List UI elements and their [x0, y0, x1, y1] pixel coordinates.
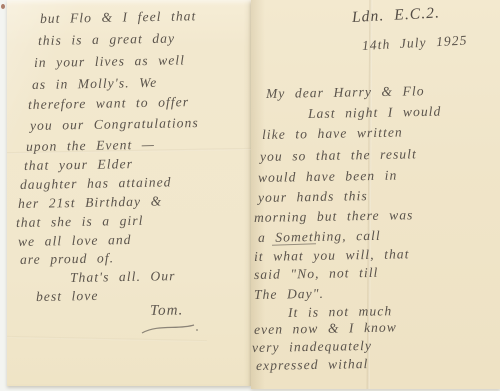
letter-line: said "No, not till — [254, 265, 379, 283]
letter-line: expressed withal — [256, 356, 369, 374]
letter-line: you so that the result — [260, 146, 417, 165]
letter-line: that she is a girl — [16, 213, 144, 231]
letter-scan: but Flo & I feel that this is a great da… — [0, 0, 500, 391]
letter-line: we all love and — [18, 232, 132, 250]
letter-line: are proud of. — [20, 250, 114, 268]
letter-line: upon the Event — — [26, 137, 155, 155]
letter-line: this is a great day — [38, 31, 175, 49]
letter-line: Last night I would — [308, 104, 442, 122]
letter-line: best love — [36, 288, 99, 305]
signature-flourish — [140, 322, 200, 336]
letter-line: even now & I know — [254, 320, 397, 338]
letter-line: a Something, call — [258, 228, 381, 246]
letter-line: That's all. Our — [70, 268, 176, 286]
letter-line: it what you will, that — [254, 246, 410, 265]
salutation: My dear Harry & Flo — [266, 83, 425, 102]
letter-line: that your Elder — [24, 156, 133, 174]
letter-line: her 21st Birthday & — [18, 193, 163, 212]
letter-line: your hands this — [258, 188, 368, 206]
letter-line: in your lives as well — [34, 52, 185, 71]
letter-line: daughter has attained — [20, 174, 172, 193]
signature: Tom. — [150, 302, 184, 319]
letter-line: morning but there was — [254, 207, 414, 226]
letter-line: you our Congratulations — [30, 115, 199, 134]
letter-line: therefore want to offer — [28, 94, 189, 113]
letter-line: like to have written — [262, 125, 403, 143]
letter-line: as in Molly's. We — [32, 75, 158, 93]
letter-line: The Day". — [254, 286, 324, 303]
letter-line: It is not much — [288, 303, 393, 321]
letter-line: very inadequately — [252, 338, 372, 356]
letter-line: but Flo & I feel that — [40, 8, 197, 27]
paper-speck — [1, 4, 5, 9]
letter-line: would have been in — [258, 168, 398, 186]
